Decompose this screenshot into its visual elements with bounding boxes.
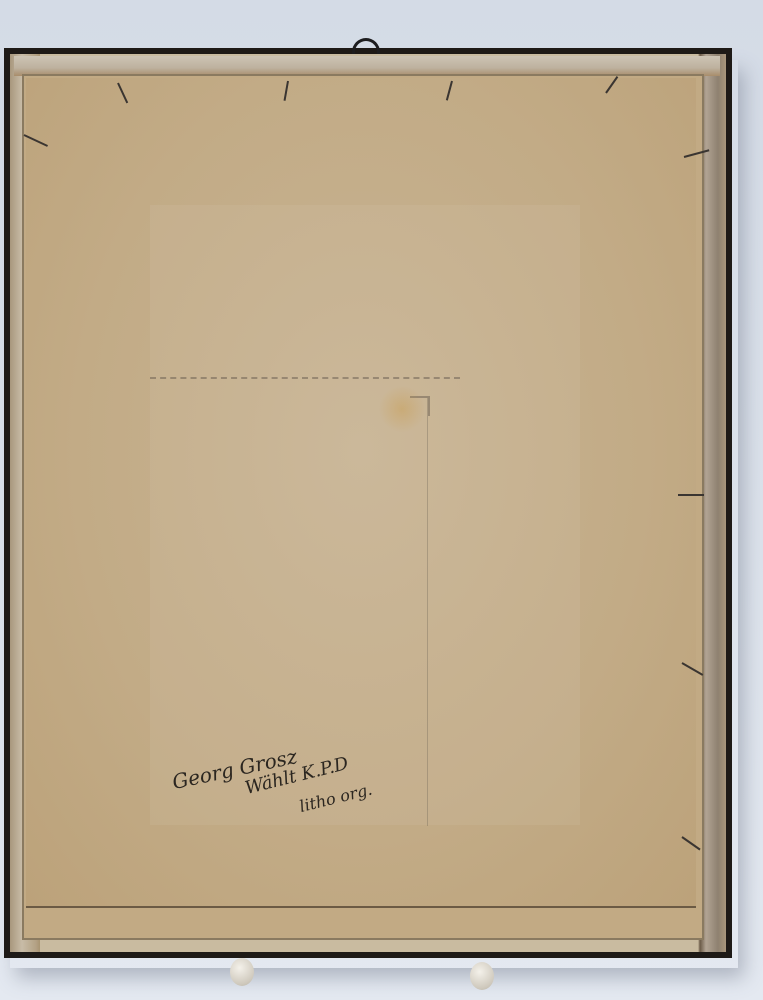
frame-tape-top bbox=[14, 56, 720, 76]
hanging-loop bbox=[352, 38, 380, 54]
frame-nail bbox=[678, 494, 704, 496]
faint-dashed-line bbox=[150, 377, 460, 379]
faded-print-outline bbox=[150, 205, 580, 825]
faint-vertical-line bbox=[427, 398, 428, 826]
age-stain bbox=[378, 386, 426, 432]
stand-peg-left bbox=[230, 958, 254, 986]
stand-peg-right bbox=[470, 962, 494, 990]
